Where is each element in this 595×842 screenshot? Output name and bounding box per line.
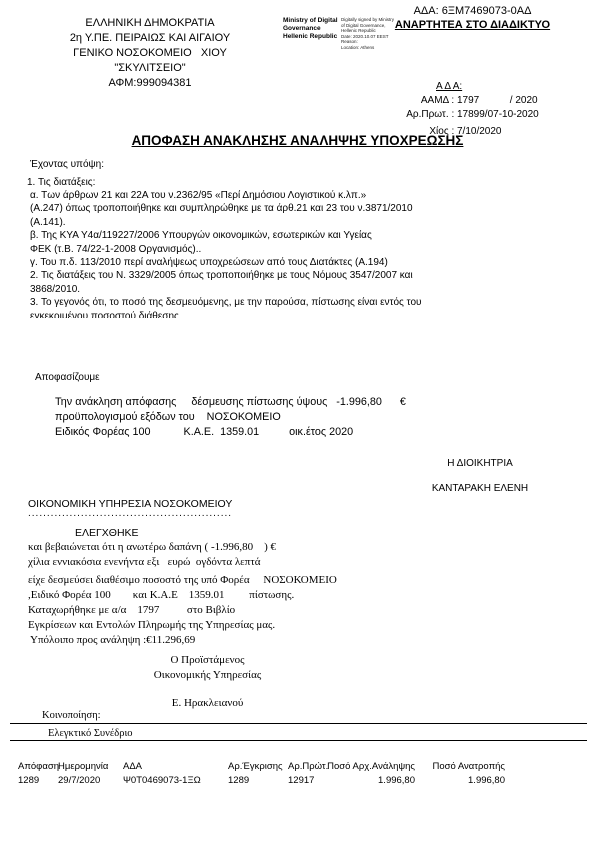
- checked-label: ΕΛΕΓΧΘΗΚΕ: [75, 527, 139, 539]
- protocol-label: Αρ.Πρωτ. :: [375, 109, 457, 120]
- decision-line-amount: Την ανάκληση απόφασης δέσμευσης πίστωσης…: [55, 395, 406, 410]
- decision-line-kae: Ειδικός Φορέας 100 Κ.Α.Ε. 1359.01 οικ.έτ…: [55, 425, 406, 440]
- ministry-stamp-line: Hellenic Republic: [283, 33, 339, 41]
- digital-signature-details: Digitally signed by Ministry of Digital …: [341, 17, 451, 51]
- body-line: ΦΕΚ (τ.Β. 74/22-1-2008 Οργανισμός)..: [30, 243, 500, 256]
- letterhead: ΕΛΛΗΝΙΚΗ ΔΗΜΟΚΡΑΤΙΑ 2η Υ.ΠΕ. ΠΕΙΡΑΙΩΣ ΚΑ…: [28, 16, 272, 91]
- verification-line: και βεβαιώνεται ότι η ανωτέρω δαπάνη ( -…: [28, 540, 468, 555]
- body-line: (Α.141).: [30, 216, 500, 229]
- body-line: β. Της ΚΥΑ Υ4α/119227/2006 Υπουργών οικο…: [30, 229, 500, 242]
- aamd-value: 1797 / 2020: [457, 95, 538, 106]
- table-cell-apofasi: 1289: [18, 775, 39, 786]
- ada-small-label: Α Δ Α:: [436, 81, 462, 92]
- officer-signature: Ο Προϊστάμενος Οικονομικής Υπηρεσίας Ε. …: [115, 653, 300, 711]
- verification-line: χίλια εννιακόσια ενενήντα εξι ευρώ ογδόν…: [28, 555, 468, 570]
- distribution-label: Κοινοποίηση:: [42, 710, 101, 721]
- col-header-poso-anat: Ποσό Ανατροπής: [390, 761, 505, 772]
- verification-line: είχε δεσμεύσει διαθέσιμο ποσοστό της υπό…: [28, 573, 468, 588]
- officer-name: Ε. Ηρακλειανού: [115, 696, 300, 711]
- verification-line: Καταχωρήθηκε με α/α 1797 στο Βιβλίο: [28, 603, 468, 618]
- letterhead-region: 2η Υ.ΠΕ. ΠΕΙΡΑΙΩΣ ΚΑΙ ΑΙΓΑΙΟΥ: [28, 31, 272, 46]
- legal-provisions: α. Των άρθρων 21 και 22Α του ν.2362/95 «…: [30, 189, 500, 318]
- digisig-line: Location: Athens: [341, 45, 451, 51]
- protocol-number-row: Αρ.Πρωτ. : 17899/07-10-2020: [375, 109, 539, 120]
- verification-line: ,Ειδικό Φορέα 100 και Κ.Α.Ε 1359.01 πίστ…: [28, 588, 468, 603]
- protocol-value: 17899/07-10-2020: [457, 109, 539, 120]
- table-cell-poso-anat: 1.996,80: [390, 775, 505, 786]
- officer-role-2: Οικονομικής Υπηρεσίας: [115, 668, 300, 683]
- body-line-clipped: εγκεκριμένου ποσοστού διάθεσης: [30, 310, 500, 318]
- administrator-signature: Η ΔΙΟΙΚΗΤΡΙΑ ΚΑΝΤΑΡΑΚΗ ΕΛΕΝΗ: [395, 458, 565, 494]
- decide-word: Αποφασίζουμε: [35, 372, 100, 383]
- having-regard: Έχοντας υπόψη:: [30, 158, 104, 171]
- table-cell-imerominia: 29/7/2020: [58, 775, 100, 786]
- decision-line-budget: προϋπολογισμού εξόδων του ΝΟΣΟΚΟΜΕΙΟ: [55, 410, 406, 425]
- ministry-stamp: Ministry of Digital Governance Hellenic …: [283, 17, 339, 41]
- balance-line: Υπόλοιπο προς ανάληψη :€11.296,69: [30, 634, 195, 646]
- body-line: 2. Τις διατάξεις του Ν. 3329/2005 όπως τ…: [30, 269, 500, 282]
- letterhead-hospital-name: "ΣΚΥΛΙΤΣΕΙΟ": [28, 61, 272, 76]
- table-cell-egrisis: 1289: [228, 775, 249, 786]
- body-line: α. Των άρθρων 21 και 22Α του ν.2362/95 «…: [30, 189, 500, 202]
- col-header-apofasi: Απόφαση: [18, 761, 59, 772]
- distribution-recipient: Ελεγκτικό Συνέδριο: [48, 728, 133, 740]
- dotted-line: ........................................…: [28, 508, 232, 519]
- letterhead-afm: ΑΦΜ:999094381: [28, 76, 272, 91]
- divider-line: [10, 740, 587, 741]
- body-line: (Α.247) όπως τροποποιήθηκε και συμπληρώθ…: [30, 202, 500, 215]
- ada-number: ΑΔΑ: 6ΞΜ7469073-0ΑΔ: [355, 4, 590, 18]
- body-line: 3. Το γεγονός ότι, το ποσό της δεσμευόμε…: [30, 296, 500, 309]
- body-line: 3868/2010.: [30, 283, 500, 296]
- administrator-name: ΚΑΝΤΑΡΑΚΗ ΕΛΕΝΗ: [395, 483, 565, 494]
- body-item-1: 1. Τις διατάξεις:: [27, 176, 95, 189]
- letterhead-republic: ΕΛΛΗΝΙΚΗ ΔΗΜΟΚΡΑΤΙΑ: [28, 16, 272, 31]
- document-page: ΑΔΑ: 6ΞΜ7469073-0ΑΔ ΑΝΑΡΤΗΤΕΑ ΣΤΟ ΔΙΑΔΙΚ…: [0, 0, 595, 842]
- decision-block: Την ανάκληση απόφασης δέσμευσης πίστωσης…: [55, 395, 406, 440]
- aamd-label: ΑΑΜΔ :: [375, 95, 457, 106]
- officer-role-1: Ο Προϊστάμενος: [115, 653, 300, 668]
- body-line: γ. Του π.δ. 113/2010 περί αναλήψεως υποχ…: [30, 256, 500, 269]
- ministry-stamp-line: Governance: [283, 25, 339, 33]
- letterhead-hospital: ΓΕΝΙΚΟ ΝΟΣΟΚΟΜΕΙΟ ΧΙΟΥ: [28, 46, 272, 61]
- verification-block: και βεβαιώνεται ότι η ανωτέρω δαπάνη ( -…: [28, 540, 468, 634]
- col-header-egrisis: Αρ.Έγκρισης: [228, 761, 283, 772]
- ministry-stamp-line: Ministry of Digital: [283, 17, 339, 25]
- verification-line: Εγκρίσεων και Εντολών Πληρωμής της Υπηρε…: [28, 618, 468, 633]
- table-cell-ada: Ψ0Τ0469073-1ΞΩ: [123, 775, 201, 786]
- col-header-ada: ΑΔΑ: [123, 761, 142, 772]
- col-header-imerominia: Ημερομηνία: [58, 761, 108, 772]
- page-title: ΑΠΟΦΑΣΗ ΑΝΑΚΛΗΣΗΣ ΑΝΑΛΗΨΗΣ ΥΠΟΧΡΕΩΣΗΣ: [0, 133, 595, 148]
- aamd-row: ΑΑΜΔ : 1797 / 2020: [375, 95, 538, 106]
- administrator-role: Η ΔΙΟΙΚΗΤΡΙΑ: [395, 458, 565, 469]
- divider-line: [10, 723, 587, 724]
